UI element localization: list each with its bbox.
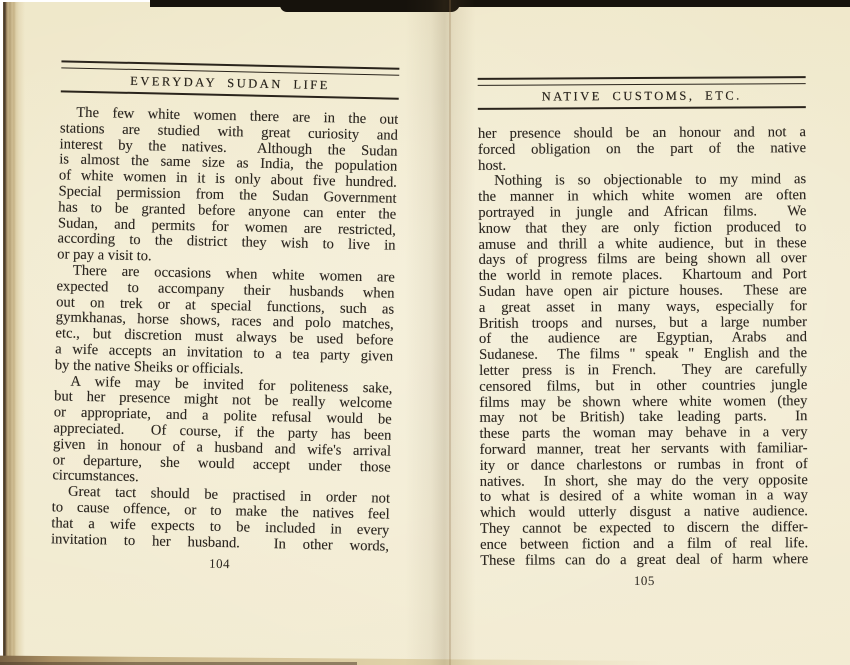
- text-line: Sudanese. The films " speak " English an…: [479, 346, 807, 364]
- text-block: The few white women there are in the out…: [51, 105, 399, 555]
- text-line: natives. In short, she may do the very o…: [480, 473, 808, 491]
- header-rule-bottom: [478, 106, 806, 110]
- book-left-page-edges: [0, 2, 25, 665]
- text-block: her presence should be an honour and not…: [478, 125, 808, 569]
- text-line: These films can do a great deal of harm …: [480, 552, 808, 570]
- text-line: ence between fiction and a film of real …: [480, 536, 808, 554]
- paragraph: The few white women there are in the out…: [57, 105, 398, 270]
- text-line: host.: [478, 157, 806, 175]
- right-page: NATIVE CUSTOMS, ETC. her presence should…: [478, 76, 809, 590]
- text-line: Nothing is so objectionable to my mind a…: [478, 173, 806, 191]
- text-line: days of progress films are being shown a…: [479, 252, 807, 270]
- text-line: her presence should be an honour and not…: [478, 125, 806, 143]
- right-page-number: 105: [480, 572, 808, 590]
- paragraph: Nothing is so objectionable to my mind a…: [478, 173, 808, 570]
- text-line: British troops and nurses, but a large n…: [479, 315, 807, 333]
- text-line: to what is desired of a white woman in a…: [480, 488, 808, 506]
- book-scan: EVERYDAY SUDAN LIFE The few white women …: [0, 0, 850, 665]
- paragraph: A wife may be invited for politeness sak…: [52, 374, 392, 492]
- text-line: films may be shown where white women (th…: [479, 394, 807, 412]
- right-page-header: NATIVE CUSTOMS, ETC.: [478, 76, 806, 110]
- text-line: a great asset in many ways, especially f…: [479, 299, 807, 317]
- text-line: letter press is in French. They are care…: [479, 362, 807, 380]
- text-line: censored films, but in other countries j…: [479, 378, 807, 396]
- text-line: of the audience are Egyptian, Arabs and: [479, 331, 807, 349]
- text-line: know that they are only fiction produced…: [478, 220, 806, 238]
- paragraph: her presence should be an honour and not…: [478, 125, 806, 174]
- text-line: may not be British) take leading parts. …: [479, 409, 807, 427]
- text-line: these parts the woman may behave in a ve…: [479, 425, 807, 443]
- paragraph: Great tact should be practised in order …: [51, 484, 390, 555]
- text-line: which would utterly disgust a native aud…: [480, 504, 808, 522]
- left-page: EVERYDAY SUDAN LIFE The few white women …: [50, 60, 399, 576]
- scan-top-shadow: [150, 0, 850, 7]
- text-line: Sudan have open air picture houses. Thes…: [479, 283, 807, 301]
- text-line: the world in remote places. Khartoum and…: [479, 267, 807, 285]
- text-line: ity or dance charlestons or rumbas in fr…: [480, 457, 808, 475]
- text-line: the manner in which white women are ofte…: [478, 188, 806, 206]
- text-line: forced obligation on the part of the nat…: [478, 141, 806, 159]
- text-line: portrayed in jungle and African films. W…: [478, 204, 806, 222]
- text-line: amuse and thrill a white audience, but i…: [478, 236, 806, 254]
- text-line: They cannot be expected to discern the d…: [480, 520, 808, 538]
- right-running-title: NATIVE CUSTOMS, ETC.: [478, 84, 806, 108]
- text-line: forward manner, treat her servants with …: [480, 441, 808, 459]
- paragraph: There are occasions when white women are…: [55, 263, 395, 381]
- left-page-header: EVERYDAY SUDAN LIFE: [61, 60, 400, 99]
